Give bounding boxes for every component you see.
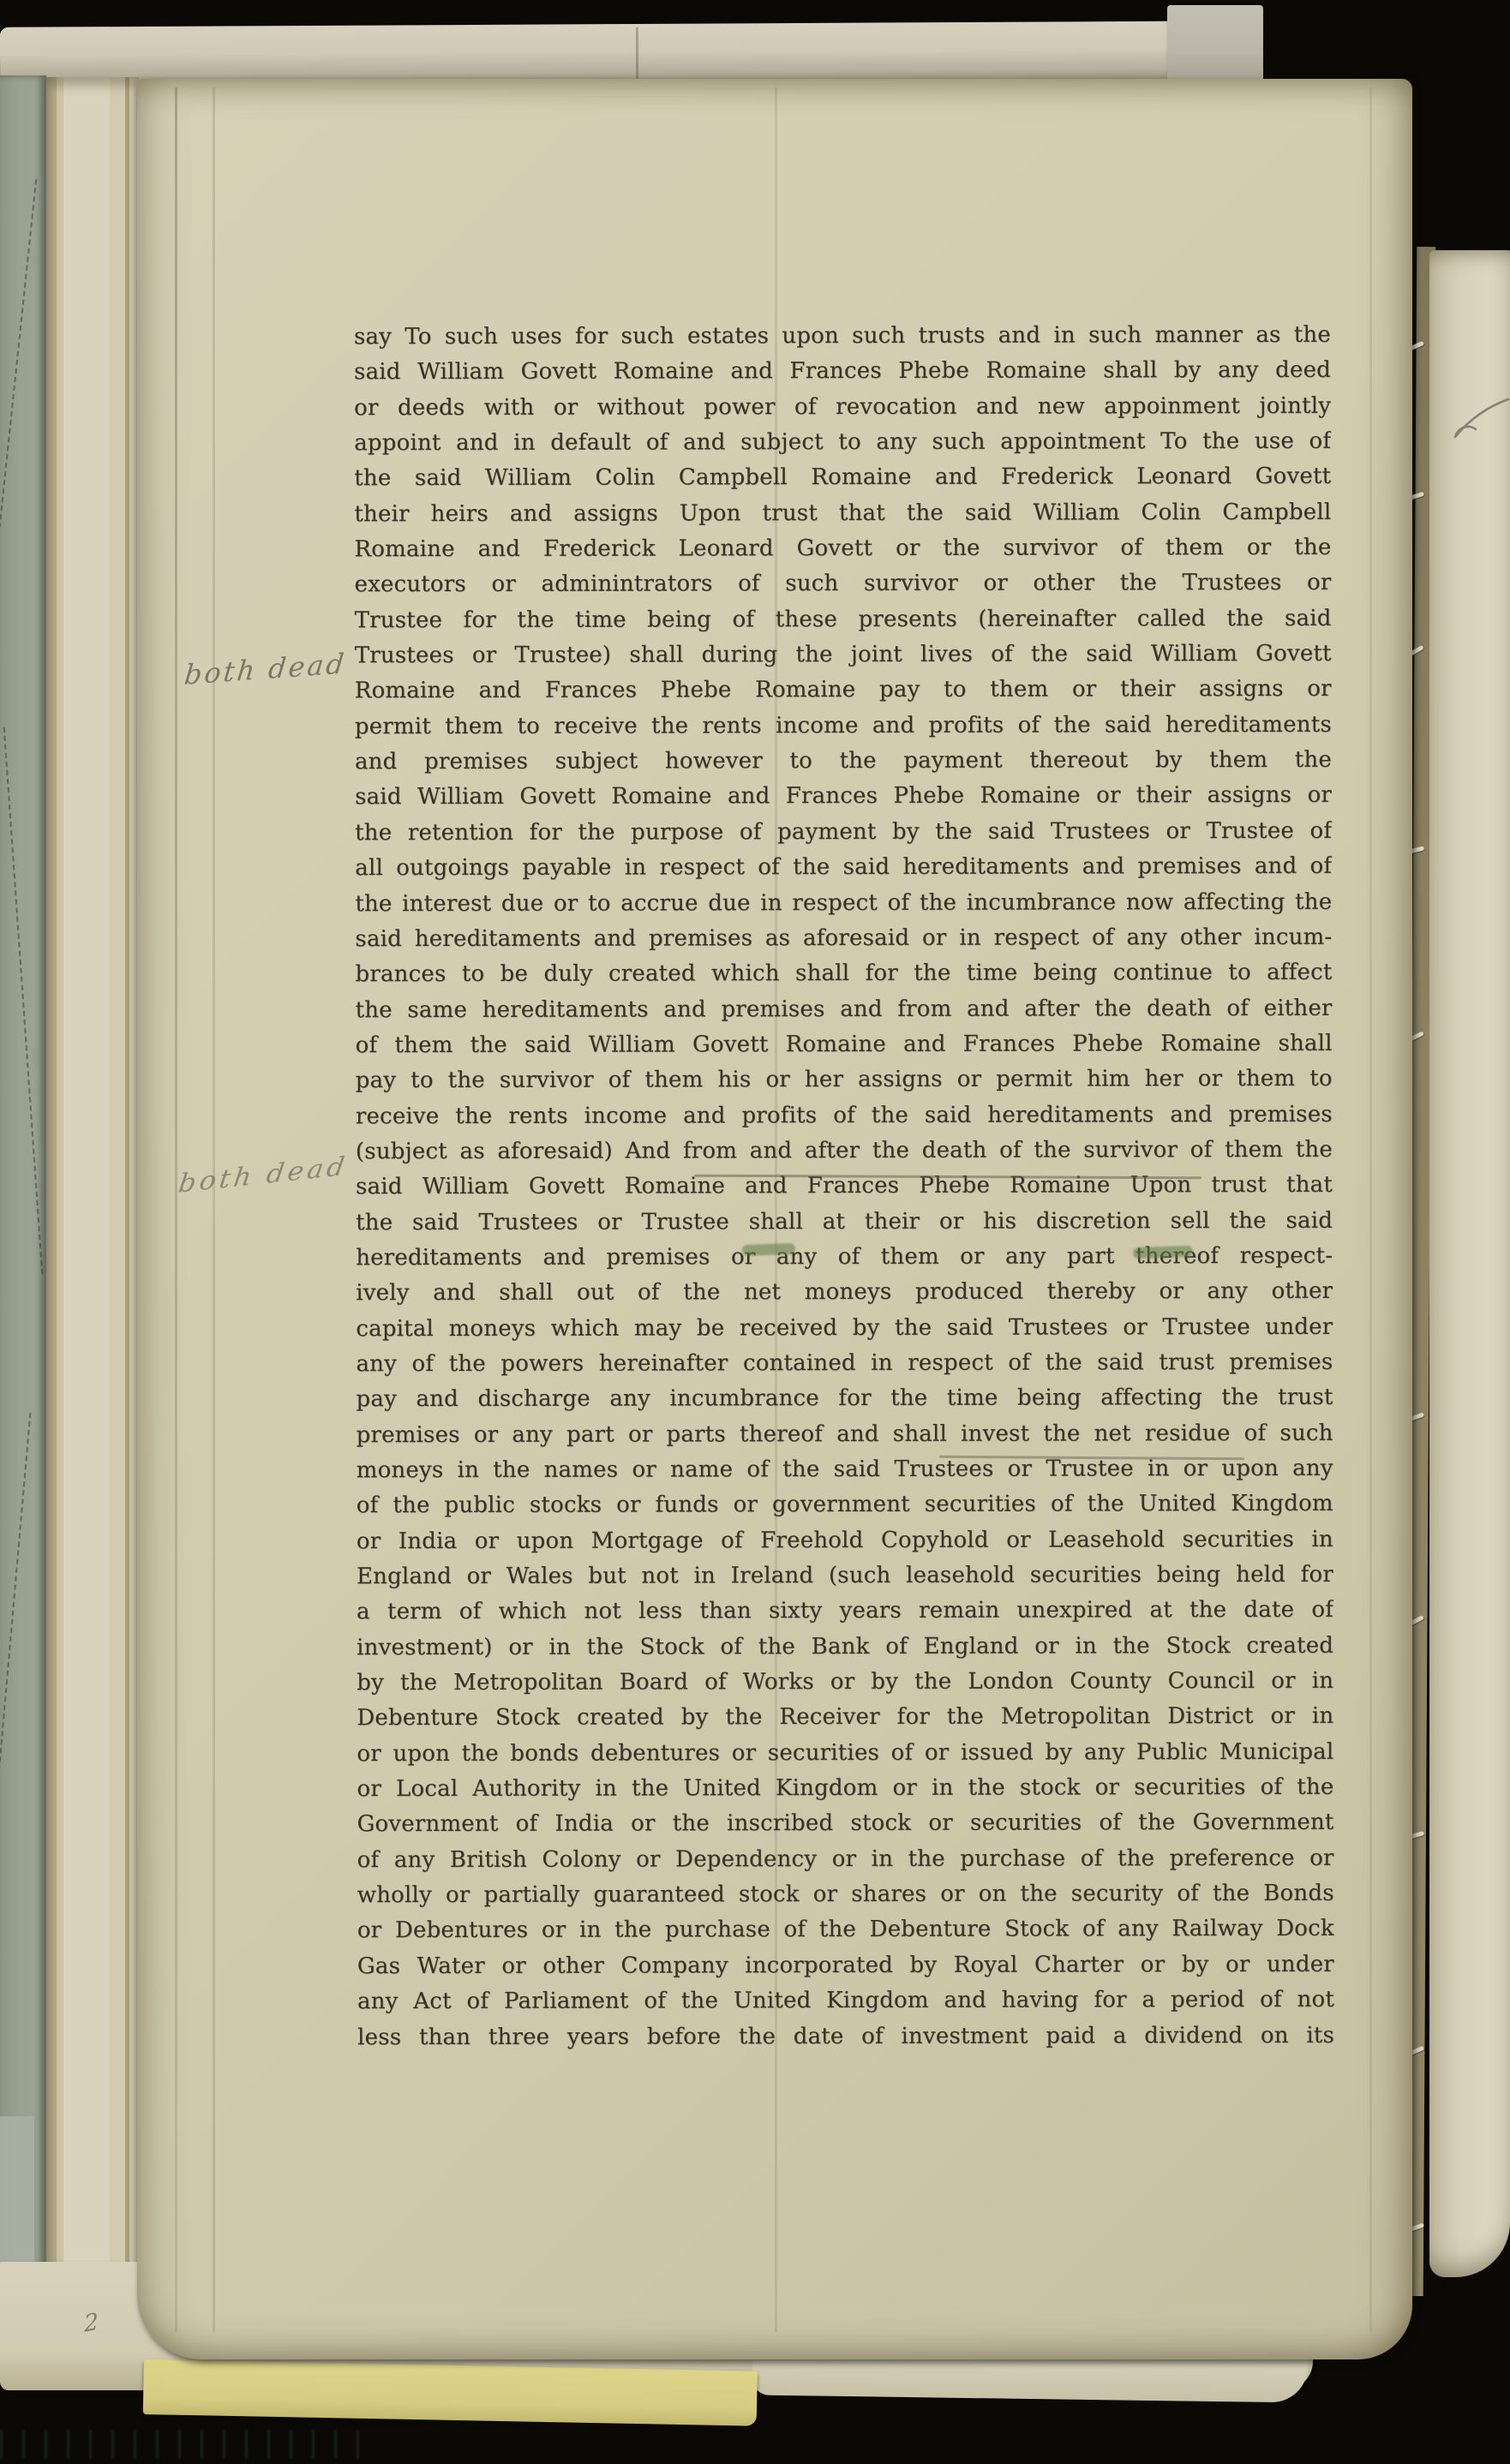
pencil-page-number: 2 xyxy=(84,2308,99,2337)
map-dashed-line xyxy=(0,179,37,622)
text-line: or Debentures or in the purchase of the … xyxy=(357,1911,1334,1949)
map-dashed-line xyxy=(3,727,44,1275)
text-line: less than three years before the date of… xyxy=(357,2018,1334,2055)
text-line: executors or adminintrators of such surv… xyxy=(354,565,1331,603)
text-line: said William Govett Romaine and Frances … xyxy=(354,353,1331,391)
page-crease xyxy=(175,87,177,2332)
text-line: the same hereditaments and premises and … xyxy=(356,990,1333,1028)
right-page xyxy=(1429,250,1510,2277)
yellow-paper-slip xyxy=(143,2359,758,2426)
text-line: the retention for the purpose of payment… xyxy=(355,814,1332,852)
text-line: said hereditaments and premises as afore… xyxy=(355,920,1332,958)
text-line: hereditaments and premises or any of the… xyxy=(356,1239,1333,1277)
text-line: of any British Colony or Dependency or i… xyxy=(357,1841,1334,1879)
text-line: said William Govett Romaine and Frances … xyxy=(355,778,1332,816)
text-line: Trustee for the time being of these pres… xyxy=(355,601,1332,639)
text-line: Gas Water or other Company incorporated … xyxy=(357,1947,1334,1985)
page-crease xyxy=(1369,87,1372,2332)
text-line: the said Trustees or Trustee shall at th… xyxy=(356,1203,1333,1241)
map-dashed-line xyxy=(0,1413,31,1891)
text-line: or deeds with or without power of revoca… xyxy=(354,388,1331,426)
text-line: all outgoings payable in respect of the … xyxy=(355,849,1332,887)
text-line: Debenture Stock created by the Receiver … xyxy=(357,1699,1333,1737)
text-line: or Local Authority in the United Kingdom… xyxy=(357,1770,1333,1808)
linen-map-edge xyxy=(0,75,46,2277)
text-line: (subject as aforesaid) And from and afte… xyxy=(356,1133,1333,1170)
text-line: Government of India or the inscribed sto… xyxy=(357,1805,1334,1843)
text-line: of the public stocks or funds or governm… xyxy=(357,1486,1333,1524)
text-line: say To such uses for such estates upon s… xyxy=(354,318,1331,356)
page-crease xyxy=(213,87,215,2332)
text-line: appoint and in default of and subject to… xyxy=(354,424,1331,462)
text-line: ively and shall out of the net moneys pr… xyxy=(356,1274,1333,1312)
text-line: pay and discharge any incumbrance for th… xyxy=(356,1380,1333,1418)
text-line: England or Wales but not in Ireland (suc… xyxy=(357,1558,1333,1595)
text-line: Romaine and Frederick Leonard Govett or … xyxy=(354,530,1331,568)
text-line: premises or any part or parts thereof an… xyxy=(357,1415,1333,1453)
text-line: the interest due or to accrue due in res… xyxy=(355,884,1332,922)
book-photograph: say To such uses for such estates upon s… xyxy=(0,0,1510,2464)
green-mark-sell xyxy=(1133,1246,1193,1259)
text-line: of them the said William Govett Romaine … xyxy=(356,1026,1333,1064)
text-line: investment) or in the Stock of the Bank … xyxy=(357,1629,1333,1666)
text-line: any Act of Parliament of the United King… xyxy=(357,1983,1334,2020)
text-line: permit them to receive the rents income … xyxy=(355,708,1332,745)
text-line: by the Metropolitan Board of Works or by… xyxy=(357,1664,1333,1701)
curled-top-page-end xyxy=(1167,5,1263,84)
deed-text-block: say To such uses for such estates upon s… xyxy=(354,318,1334,2055)
text-line: said William Govett Romaine and Frances … xyxy=(356,1168,1333,1205)
left-page: say To such uses for such estates upon s… xyxy=(137,79,1412,2359)
text-line: a term of which not less than sixty year… xyxy=(357,1593,1333,1630)
text-line: capital moneys which may be received by … xyxy=(356,1309,1333,1347)
text-line: their heirs and assigns Upon trust that … xyxy=(354,495,1331,533)
text-line: and premises subject however to the paym… xyxy=(355,743,1332,780)
top-edge-crease xyxy=(636,27,638,82)
text-line: Romaine and Frances Phebe Romaine pay to… xyxy=(355,672,1332,709)
text-line: Trustees or Trustee) shall during the jo… xyxy=(355,637,1332,674)
text-line: or upon the bonds debentures or securiti… xyxy=(357,1735,1333,1773)
text-line: or India or upon Mortgage of Freehold Co… xyxy=(357,1522,1333,1559)
pencil-check-mark-icon xyxy=(1445,394,1510,444)
text-line: pay to the survivor of them his or her a… xyxy=(356,1062,1333,1099)
text-line: brances to be duly created which shall f… xyxy=(355,955,1332,993)
text-line: any of the powers hereinafter contained … xyxy=(356,1345,1333,1383)
map-fragment xyxy=(0,2116,34,2279)
green-mark-shall xyxy=(742,1243,795,1256)
text-line: wholly or partially guaranteed stock or … xyxy=(357,1876,1334,1914)
text-line: receive the rents income and profits of … xyxy=(356,1097,1333,1134)
page-edge-stack xyxy=(46,77,139,2349)
desk-speckles xyxy=(0,2430,369,2459)
text-line: the said William Colin Campbell Romaine … xyxy=(354,459,1331,497)
